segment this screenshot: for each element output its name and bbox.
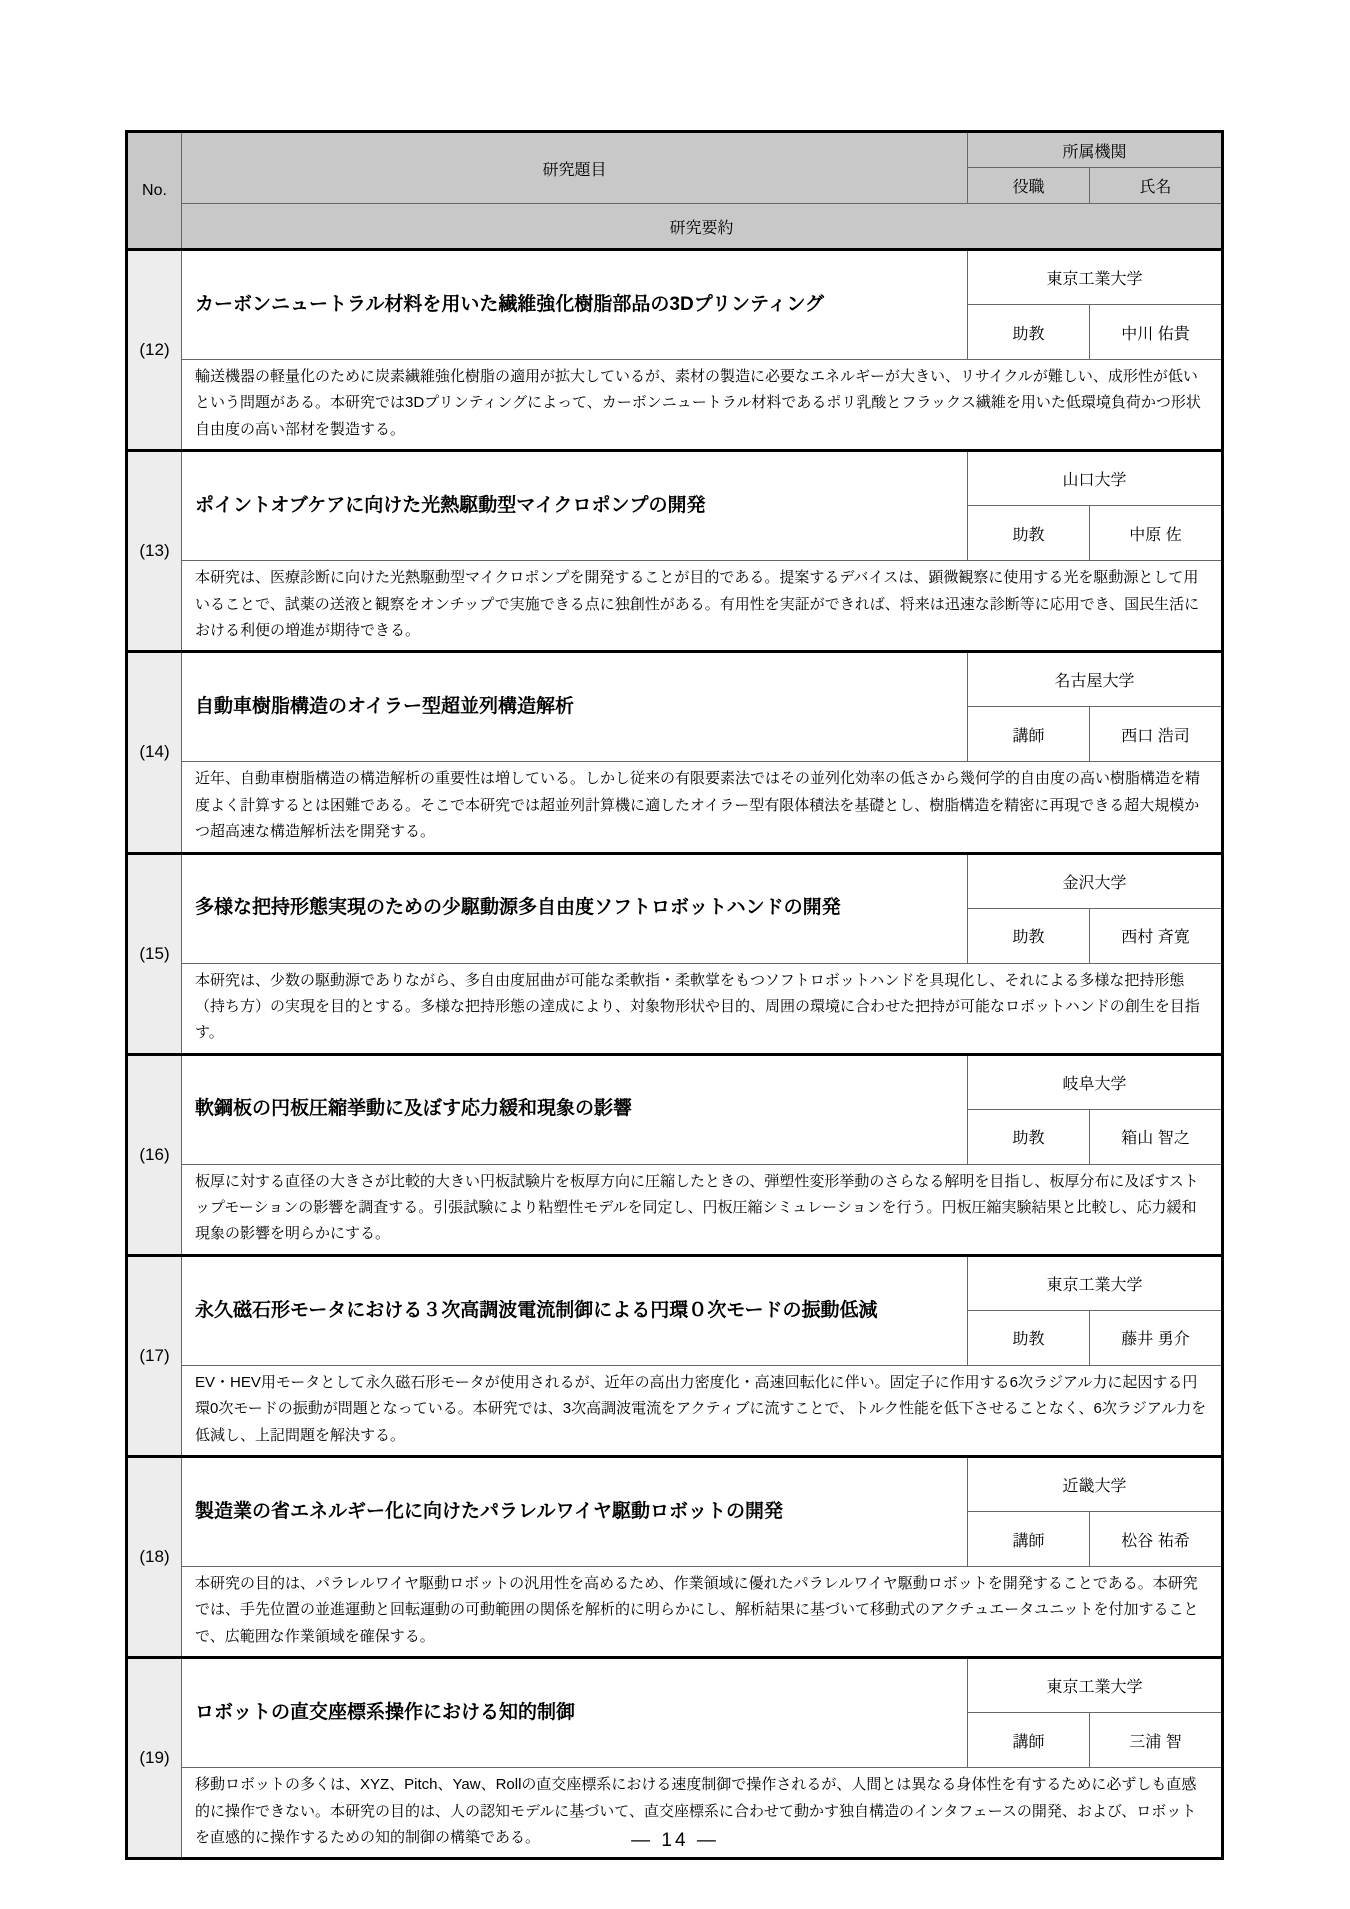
- research-title-cell: カーボンニュートラル材料を用いた繊維強化樹脂部品の3Dプリンティング: [182, 250, 968, 360]
- research-title-cell: 製造業の省エネルギー化に向けたパラレルワイヤ駆動ロボットの開発: [182, 1457, 968, 1567]
- row-no: (16): [127, 1054, 182, 1255]
- research-title-cell: ロボットの直交座標系操作における知的制御: [182, 1658, 968, 1768]
- research-title-cell: 自動車樹脂構造のオイラー型超並列構造解析: [182, 652, 968, 762]
- row-no: (14): [127, 652, 182, 853]
- summary-cell: 本研究は、医療診断に向けた光熱駆動型マイクロポンプを開発することが目的である。提…: [182, 561, 1223, 652]
- row-no: (17): [127, 1255, 182, 1456]
- document-page: No. 研究題目 所属機関 役職 氏名 研究要約 (12) カーボンニュートラル…: [0, 0, 1350, 1909]
- institution-cell: 名古屋大学: [968, 652, 1223, 707]
- research-title-cell: ポイントオブケアに向けた光熱駆動型マイクロポンプの開発: [182, 451, 968, 561]
- table-row: 本研究の目的は、パラレルワイヤ駆動ロボットの汎用性を高めるため、作業領域に優れた…: [127, 1567, 1223, 1658]
- header-position: 役職: [968, 168, 1090, 204]
- header-abstract: 研究要約: [182, 204, 1223, 250]
- header-affiliation: 所属機関: [968, 132, 1223, 168]
- name-cell: 藤井 勇介: [1090, 1310, 1223, 1365]
- table-row: 近年、自動車樹脂構造の構造解析の重要性は増している。しかし従来の有限要素法ではそ…: [127, 762, 1223, 853]
- table-row: (19) ロボットの直交座標系操作における知的制御 東京工業大学: [127, 1658, 1223, 1713]
- header-name: 氏名: [1090, 168, 1223, 204]
- name-cell: 中川 佑貴: [1090, 305, 1223, 360]
- summary-cell: 板厚に対する直径の大きさが比較的大きい円板試験片を板厚方向に圧縮したときの、弾塑…: [182, 1164, 1223, 1255]
- position-cell: 助教: [968, 305, 1090, 360]
- table-row: (17) 永久磁石形モータにおける３次高調波電流制御による円環０次モードの振動低…: [127, 1255, 1223, 1310]
- research-title-cell: 軟鋼板の円板圧縮挙動に及ぼす応力緩和現象の影響: [182, 1054, 968, 1164]
- name-cell: 西口 浩司: [1090, 707, 1223, 762]
- institution-cell: 東京工業大学: [968, 1658, 1223, 1713]
- table-header: No. 研究題目 所属機関 役職 氏名 研究要約: [127, 132, 1223, 250]
- institution-cell: 東京工業大学: [968, 1255, 1223, 1310]
- table-row: (16) 軟鋼板の円板圧縮挙動に及ぼす応力緩和現象の影響 岐阜大学: [127, 1054, 1223, 1109]
- table-row: 本研究は、医療診断に向けた光熱駆動型マイクロポンプを開発することが目的である。提…: [127, 561, 1223, 652]
- position-cell: 講師: [968, 1512, 1090, 1567]
- table-row: (15) 多様な把持形態実現のための少駆動源多自由度ソフトロボットハンドの開発 …: [127, 853, 1223, 908]
- position-cell: 講師: [968, 1713, 1090, 1768]
- header-research-title: 研究題目: [182, 132, 968, 204]
- table-row: (18) 製造業の省エネルギー化に向けたパラレルワイヤ駆動ロボットの開発 近畿大…: [127, 1457, 1223, 1512]
- institution-cell: 山口大学: [968, 451, 1223, 506]
- research-title-cell: 多様な把持形態実現のための少駆動源多自由度ソフトロボットハンドの開発: [182, 853, 968, 963]
- research-title-cell: 永久磁石形モータにおける３次高調波電流制御による円環０次モードの振動低減: [182, 1255, 968, 1365]
- row-no: (18): [127, 1457, 182, 1658]
- row-no: (15): [127, 853, 182, 1054]
- name-cell: 西村 斉寛: [1090, 908, 1223, 963]
- position-cell: 助教: [968, 908, 1090, 963]
- name-cell: 松谷 祐希: [1090, 1512, 1223, 1567]
- institution-cell: 岐阜大学: [968, 1054, 1223, 1109]
- row-no: (13): [127, 451, 182, 652]
- row-no: (19): [127, 1658, 182, 1859]
- research-table: No. 研究題目 所属機関 役職 氏名 研究要約 (12) カーボンニュートラル…: [125, 130, 1224, 1860]
- table-row: 輸送機器の軽量化のために炭素繊維強化樹脂の適用が拡大しているが、素材の製造に必要…: [127, 360, 1223, 451]
- position-cell: 助教: [968, 506, 1090, 561]
- position-cell: 助教: [968, 1310, 1090, 1365]
- summary-cell: EV・HEV用モータとして永久磁石形モータが使用されるが、近年の高出力密度化・高…: [182, 1365, 1223, 1456]
- name-cell: 三浦 智: [1090, 1713, 1223, 1768]
- position-cell: 講師: [968, 707, 1090, 762]
- page-number: — 14 —: [0, 1830, 1350, 1852]
- row-no: (12): [127, 250, 182, 451]
- name-cell: 中原 佐: [1090, 506, 1223, 561]
- table-row: 本研究は、少数の駆動源でありながら、多自由度屈曲が可能な柔軟指・柔軟掌をもつソフ…: [127, 963, 1223, 1054]
- name-cell: 箱山 智之: [1090, 1109, 1223, 1164]
- table-row: EV・HEV用モータとして永久磁石形モータが使用されるが、近年の高出力密度化・高…: [127, 1365, 1223, 1456]
- table-row: 板厚に対する直径の大きさが比較的大きい円板試験片を板厚方向に圧縮したときの、弾塑…: [127, 1164, 1223, 1255]
- table-row: (14) 自動車樹脂構造のオイラー型超並列構造解析 名古屋大学: [127, 652, 1223, 707]
- institution-cell: 近畿大学: [968, 1457, 1223, 1512]
- summary-cell: 本研究の目的は、パラレルワイヤ駆動ロボットの汎用性を高めるため、作業領域に優れた…: [182, 1567, 1223, 1658]
- table-row: (12) カーボンニュートラル材料を用いた繊維強化樹脂部品の3Dプリンティング …: [127, 250, 1223, 305]
- summary-cell: 近年、自動車樹脂構造の構造解析の重要性は増している。しかし従来の有限要素法ではそ…: [182, 762, 1223, 853]
- institution-cell: 東京工業大学: [968, 250, 1223, 305]
- institution-cell: 金沢大学: [968, 853, 1223, 908]
- position-cell: 助教: [968, 1109, 1090, 1164]
- summary-cell: 本研究は、少数の駆動源でありながら、多自由度屈曲が可能な柔軟指・柔軟掌をもつソフ…: [182, 963, 1223, 1054]
- summary-cell: 輸送機器の軽量化のために炭素繊維強化樹脂の適用が拡大しているが、素材の製造に必要…: [182, 360, 1223, 451]
- header-no: No.: [127, 132, 182, 250]
- table-row: (13) ポイントオブケアに向けた光熱駆動型マイクロポンプの開発 山口大学: [127, 451, 1223, 506]
